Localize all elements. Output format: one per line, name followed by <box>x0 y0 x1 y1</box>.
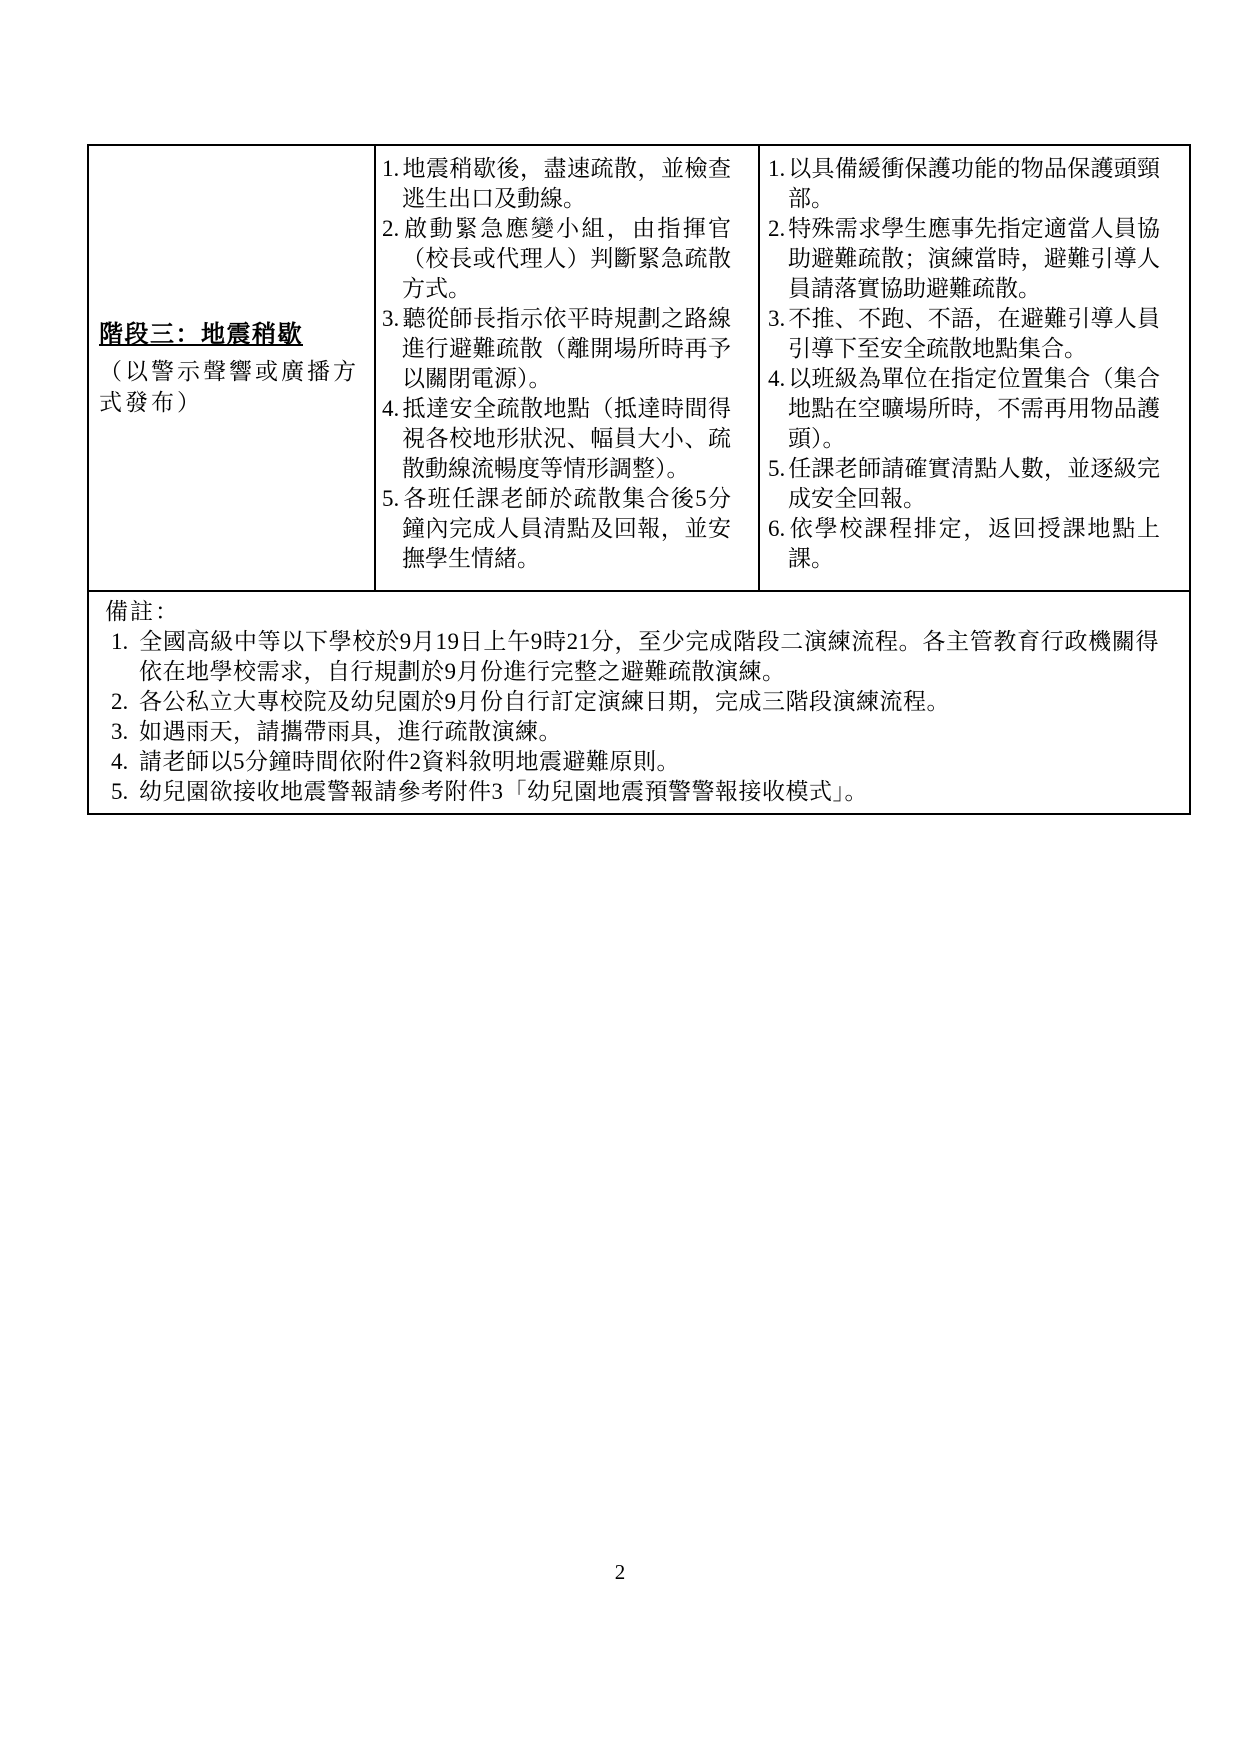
notes-list: 1.全國高級中等以下學校於9月19日上午9時21分，至少完成階段二演練流程。各主… <box>105 627 1159 807</box>
precaution-item: 3.不推、不跑、不語，在避難引導人員引導下至安全疏散地點集合。 <box>768 304 1160 364</box>
item-number: 3. <box>382 304 402 334</box>
item-text: 依學校課程排定，返回授課地點上課。 <box>788 516 1160 571</box>
evacuation-procedure-list: 1.地震稍歇後，盡速疏散，並檢查逃生出口及動線。 2.啟動緊急應變小組，由指揮官… <box>376 146 760 590</box>
item-text: 特殊需求學生應事先指定適當人員協助避難疏散；演練當時，避難引導人員請落實協助避難… <box>788 216 1160 301</box>
procedure-item: 2.啟動緊急應變小組，由指揮官（校長或代理人）判斷緊急疏散方式。 <box>382 214 731 304</box>
item-number: 3. <box>768 304 788 334</box>
item-text: 以具備緩衝保護功能的物品保護頭頸部。 <box>788 156 1160 211</box>
note-text: 各公私立大專校院及幼兒園於9月份自行訂定演練日期，完成三階段演練流程。 <box>139 689 950 714</box>
procedure-item: 5.各班任課老師於疏散集合後5分鐘內完成人員清點及回報，並安撫學生情緒。 <box>382 484 731 574</box>
item-text: 聽從師長指示依平時規劃之路線進行避難疏散（離開場所時再予以關閉電源）。 <box>402 306 731 391</box>
precaution-item: 1.以具備緩衝保護功能的物品保護頭頸部。 <box>768 154 1160 214</box>
item-number: 2. <box>768 214 788 244</box>
note-item: 4.請老師以5分鐘時間依附件2資料敘明地震避難原則。 <box>111 747 1159 777</box>
item-number: 6. <box>768 514 788 544</box>
precaution-item: 4.以班級為單位在指定位置集合（集合地點在空曠場所時，不需再用物品護頭）。 <box>768 364 1160 454</box>
item-text: 以班級為單位在指定位置集合（集合地點在空曠場所時，不需再用物品護頭）。 <box>788 366 1160 451</box>
item-text: 任課老師請確實清點人數，並逐級完成安全回報。 <box>788 456 1160 511</box>
note-text: 幼兒園欲接收地震警報請參考附件3「幼兒園地震預警警報接收模式」。 <box>139 779 868 804</box>
precaution-item: 5.任課老師請確實清點人數，並逐級完成安全回報。 <box>768 454 1160 514</box>
procedure-item: 1.地震稍歇後，盡速疏散，並檢查逃生出口及動線。 <box>382 154 731 214</box>
note-number: 4. <box>111 747 139 777</box>
item-text: 地震稍歇後，盡速疏散，並檢查逃生出口及動線。 <box>402 156 731 211</box>
note-item: 2.各公私立大專校院及幼兒園於9月份自行訂定演練日期，完成三階段演練流程。 <box>111 687 1159 717</box>
note-text: 如遇雨天，請攜帶雨具，進行疏散演練。 <box>139 719 562 744</box>
note-text: 請老師以5分鐘時間依附件2資料敘明地震避難原則。 <box>139 749 680 774</box>
item-number: 2. <box>382 214 402 244</box>
note-number: 5. <box>111 777 139 807</box>
stage-title: 階段三：地震稍歇 <box>99 319 362 351</box>
item-number: 5. <box>768 454 788 484</box>
item-text: 抵達安全疏散地點（抵達時間得視各校地形狀況、幅員大小、疏散動線流暢度等情形調整）… <box>402 396 731 481</box>
note-number: 2. <box>111 687 139 717</box>
notes-label: 備註： <box>105 597 1159 627</box>
document-page: 階段三：地震稍歇 （以警示聲響或廣播方式發布） 1.地震稍歇後，盡速疏散，並檢查… <box>0 0 1240 1754</box>
earthquake-drill-table: 階段三：地震稍歇 （以警示聲響或廣播方式發布） 1.地震稍歇後，盡速疏散，並檢查… <box>87 144 1191 815</box>
item-number: 4. <box>382 394 402 424</box>
note-item: 1.全國高級中等以下學校於9月19日上午9時21分，至少完成階段二演練流程。各主… <box>111 627 1159 687</box>
notes-section: 備註： 1.全國高級中等以下學校於9月19日上午9時21分，至少完成階段二演練流… <box>89 592 1189 813</box>
page-number: 2 <box>0 1558 1240 1586</box>
precaution-item: 6.依學校課程排定，返回授課地點上課。 <box>768 514 1160 574</box>
procedure-item: 3.聽從師長指示依平時規劃之路線進行避難疏散（離開場所時再予以關閉電源）。 <box>382 304 731 394</box>
precaution-item: 2.特殊需求學生應事先指定適當人員協助避難疏散；演練當時，避難引導人員請落實協助… <box>768 214 1160 304</box>
procedure-item: 4.抵達安全疏散地點（抵達時間得視各校地形狀況、幅員大小、疏散動線流暢度等情形調… <box>382 394 731 484</box>
item-text: 各班任課老師於疏散集合後5分鐘內完成人員清點及回報，並安撫學生情緒。 <box>402 486 731 571</box>
stage-subtitle: （以警示聲響或廣播方式發布） <box>99 356 362 418</box>
item-text: 不推、不跑、不語，在避難引導人員引導下至安全疏散地點集合。 <box>788 306 1160 361</box>
item-number: 5. <box>382 484 402 514</box>
assembly-precaution-list: 1.以具備緩衝保護功能的物品保護頭頸部。 2.特殊需求學生應事先指定適當人員協助… <box>760 146 1189 590</box>
stage-label-cell: 階段三：地震稍歇 （以警示聲響或廣播方式發布） <box>89 146 376 590</box>
note-item: 3.如遇雨天，請攜帶雨具，進行疏散演練。 <box>111 717 1159 747</box>
note-item: 5.幼兒園欲接收地震警報請參考附件3「幼兒園地震預警警報接收模式」。 <box>111 777 1159 807</box>
note-text: 全國高級中等以下學校於9月19日上午9時21分，至少完成階段二演練流程。各主管教… <box>139 629 1159 684</box>
stage-three-row: 階段三：地震稍歇 （以警示聲響或廣播方式發布） 1.地震稍歇後，盡速疏散，並檢查… <box>89 146 1189 592</box>
item-text: 啟動緊急應變小組，由指揮官（校長或代理人）判斷緊急疏散方式。 <box>402 216 731 301</box>
item-number: 4. <box>768 364 788 394</box>
item-number: 1. <box>382 154 402 184</box>
note-number: 3. <box>111 717 139 747</box>
note-number: 1. <box>111 627 139 657</box>
item-number: 1. <box>768 154 788 184</box>
